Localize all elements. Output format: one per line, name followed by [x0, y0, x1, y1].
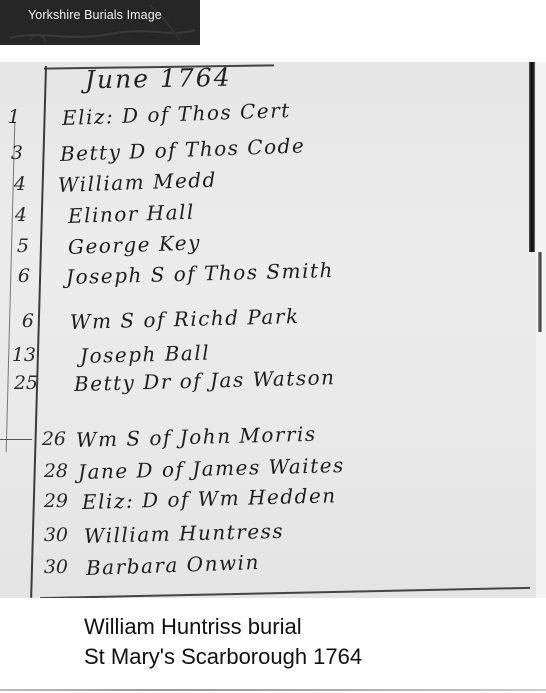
entry-name: Joseph Ball — [80, 341, 211, 368]
entry-day: 29 — [28, 490, 68, 512]
register-entry: 4 Elinor Hall — [0, 204, 520, 232]
entry-day: 30 — [28, 556, 68, 578]
register-entry: 4 William Medd — [0, 173, 520, 201]
bottom-divider — [0, 689, 546, 691]
title-banner: Yorkshire Burials Image — [0, 0, 200, 45]
entry-day: 3 — [0, 142, 23, 164]
entry-day: 4 — [0, 173, 26, 195]
entry-name: Elinor Hall — [68, 200, 196, 228]
register-entry: 30 Barbara Onwin — [0, 556, 520, 584]
entry-name: Betty D of Thos Code — [60, 133, 306, 166]
entry-day: 6 — [0, 310, 34, 332]
register-entry: 26 Wm S of John Morris — [0, 428, 520, 456]
entry-name: Eliz: D of Thos Cert — [62, 98, 292, 130]
entry-name: Wm S of John Morris — [76, 422, 317, 452]
entry-day: 28 — [28, 460, 68, 482]
entry-name: William Medd — [58, 167, 218, 197]
register-entry: 5 George Key — [0, 235, 520, 263]
entry-day: 6 — [0, 265, 30, 287]
register-entry: 6 Joseph S of Thos Smith — [0, 265, 520, 293]
caption-line-1: William Huntriss burial — [84, 612, 362, 642]
register-entry: 6 Wm S of Richd Park — [0, 310, 520, 338]
background-scrawl — [0, 0, 200, 45]
manuscript-image: June 1764 1 Eliz: D of Thos Cert 3 Betty… — [0, 62, 546, 598]
entry-day: 4 — [0, 204, 27, 226]
register-entry: 29 Eliz: D of Wm Hedden — [0, 490, 520, 518]
register-entry: 3 Betty D of Thos Code — [0, 142, 520, 170]
entry-day: 13 — [0, 344, 36, 366]
entry-name: Jane D of James Waites — [78, 453, 345, 484]
entry-name: George Key — [68, 230, 202, 259]
register-entry: 1 Eliz: D of Thos Cert — [0, 106, 520, 134]
register-entry: 25 Betty Dr of Jas Watson — [0, 372, 520, 400]
entry-day: 30 — [28, 524, 68, 546]
burial-register: June 1764 1 Eliz: D of Thos Cert 3 Betty… — [0, 62, 546, 598]
entry-day: 5 — [0, 235, 29, 257]
register-entry: 28 Jane D of James Waites — [0, 460, 520, 488]
image-caption: William Huntriss burial St Mary's Scarbo… — [84, 612, 362, 672]
register-heading: June 1764 — [85, 63, 232, 95]
register-entry: 30 William Huntress — [0, 524, 520, 552]
entry-day: 1 — [0, 106, 20, 128]
entry-day: 25 — [0, 372, 38, 394]
caption-line-2: St Mary's Scarborough 1764 — [84, 642, 362, 672]
entry-name: Wm S of Richd Park — [70, 304, 300, 334]
entry-name: William Huntress — [84, 519, 285, 548]
entry-day: 26 — [26, 428, 66, 450]
entry-name: Barbara Onwin — [86, 550, 261, 580]
banner-title: Yorkshire Burials Image — [28, 8, 162, 22]
